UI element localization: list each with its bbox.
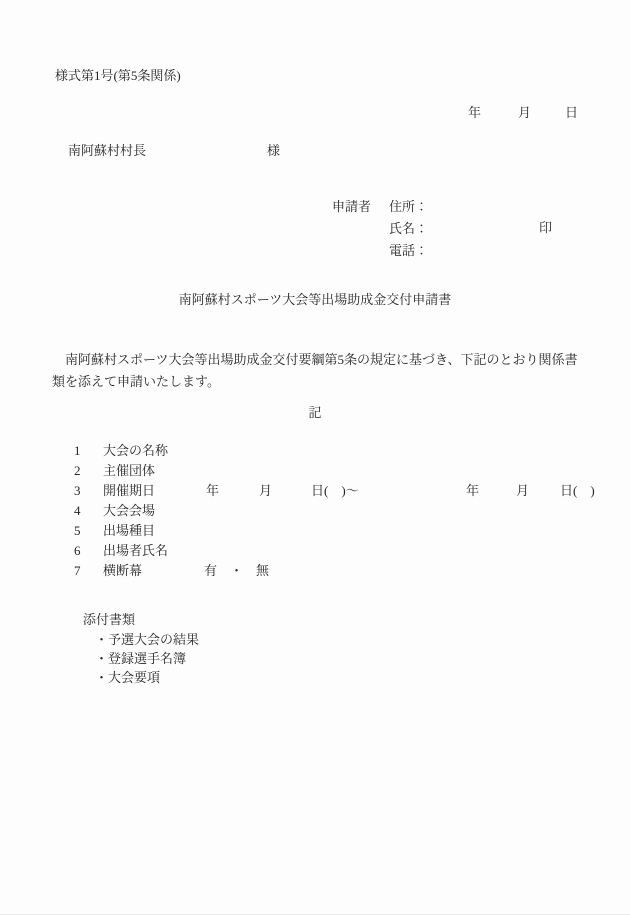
event-date-month1-label: 月 <box>259 483 272 498</box>
item-number: 6 <box>74 543 81 558</box>
event-date-year1-label: 年 <box>206 483 219 498</box>
item-number: 7 <box>74 563 81 578</box>
item-number: 4 <box>74 503 81 518</box>
event-date-day1-label: 日( )～ <box>311 483 359 498</box>
banner-yes-no-options: 有 ・ 無 <box>204 563 269 578</box>
event-date-month2-label: 月 <box>516 483 529 498</box>
issue-date-month-label: 月 <box>518 105 531 120</box>
issue-date-year-label: 年 <box>468 105 481 120</box>
section-marker: 記 <box>0 405 630 420</box>
item-number: 5 <box>74 523 81 538</box>
item-label: 出場種目 <box>103 523 155 538</box>
applicant-heading: 申請者 <box>332 199 371 214</box>
applicant-address-label: 住所： <box>389 199 428 214</box>
form-number: 様式第1号(第5条関係) <box>55 68 181 83</box>
item-label: 大会会場 <box>103 503 155 518</box>
item-label: 出場者氏名 <box>103 543 168 558</box>
attachments-heading: 添付書類 <box>83 612 135 627</box>
item-label: 開催期日 <box>103 483 155 498</box>
issue-date-day-label: 日 <box>565 105 578 120</box>
event-date-year2-label: 年 <box>466 483 479 498</box>
event-date-day2-label: 日( ) <box>560 483 595 498</box>
attachment-item: ・大会要項 <box>95 670 160 685</box>
body-paragraph: 南阿蘇村スポーツ大会等出場助成金交付要綱第5条の規定に基づき、下記のとおり関係書… <box>52 349 597 392</box>
item-number: 3 <box>74 483 81 498</box>
applicant-name-label: 氏名： <box>389 221 428 236</box>
item-number: 2 <box>74 463 81 478</box>
item-label: 主催団体 <box>103 463 155 478</box>
item-label: 横断幕 <box>103 563 142 578</box>
document-title: 南阿蘇村スポーツ大会等出場助成金交付申請書 <box>0 292 630 307</box>
item-number: 1 <box>74 443 81 458</box>
seal-mark: 印 <box>539 220 552 235</box>
applicant-phone-label: 電話： <box>389 243 428 258</box>
addressee-title: 南阿蘇村村長 <box>68 143 146 158</box>
attachment-item: ・登録選手名簿 <box>95 651 186 666</box>
item-label: 大会の名称 <box>103 443 168 458</box>
attachment-item: ・予選大会の結果 <box>95 632 199 647</box>
addressee-honorific: 様 <box>267 143 280 158</box>
application-form-page: 様式第1号(第5条関係) 年 月 日 南阿蘇村村長 様 申請者 住所： 氏名： … <box>0 0 630 915</box>
